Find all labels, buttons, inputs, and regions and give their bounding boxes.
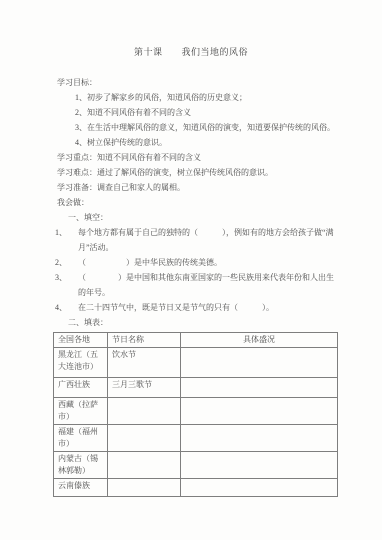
table-cell-festival bbox=[108, 425, 181, 452]
festival-table: 全国各地 节日名称 具体盛况 黑龙江（五大连池市） 饮水节 广西壮族 三月三歌节… bbox=[53, 332, 338, 497]
table-cell-details bbox=[181, 479, 338, 497]
table-cell-details bbox=[181, 452, 338, 479]
table-cell-festival bbox=[108, 452, 181, 479]
fill-table-heading: 二、填表： bbox=[68, 315, 352, 330]
worksheet-content: 第十课 我们当地的风俗 学习目标： 1、初步了解家乡的风俗，知道风俗的历史意义；… bbox=[0, 0, 382, 497]
table-cell-festival bbox=[108, 398, 181, 425]
i-can-do-label: 我会做： bbox=[57, 195, 352, 210]
fill-blank-item-1-number: 1、 bbox=[55, 225, 67, 240]
table-cell-festival: 饮水节 bbox=[108, 348, 181, 378]
page-title: 第十课 我们当地的风俗 bbox=[0, 46, 382, 58]
worksheet-page: 第十课 我们当地的风俗 学习目标： 1、初步了解家乡的风俗，知道风俗的历史意义；… bbox=[0, 0, 382, 540]
fill-blank-item-4: 4、 在二十四节气中，既是节日又是节气的只有（ ）。 bbox=[55, 300, 335, 315]
table-row: 西藏（拉萨市） bbox=[54, 398, 338, 425]
table-header-region: 全国各地 bbox=[54, 333, 108, 348]
table-row: 广西壮族 三月三歌节 bbox=[54, 378, 338, 398]
objective-item-1: 1、初步了解家乡的风俗，知道风俗的历史意义； bbox=[75, 90, 352, 105]
fill-blank-heading: 一、填空： bbox=[68, 210, 352, 225]
key-point: 学习重点：知道不同风俗有着不同的含义 bbox=[57, 150, 352, 165]
objective-item-2: 2、知道不同风俗有着不同的含义 bbox=[75, 105, 352, 120]
fill-blank-item-3: 3、 （ ）是中国和其他东南亚国家的一些民族用来代表年份和人出生的年号。 bbox=[55, 270, 335, 300]
table-cell-region: 黑龙江（五大连池市） bbox=[54, 348, 108, 378]
table-cell-details bbox=[181, 378, 338, 398]
table-cell-region: 广西壮族 bbox=[54, 378, 108, 398]
table-row: 云南傣族 bbox=[54, 479, 338, 497]
table-row: 黑龙江（五大连池市） 饮水节 bbox=[54, 348, 338, 378]
table-cell-details bbox=[181, 425, 338, 452]
table-cell-details bbox=[181, 348, 338, 378]
objective-item-3: 3、在生活中理解风俗的意义，知道风俗的演变，知道要保护传统的风俗。 bbox=[75, 120, 352, 135]
table-cell-festival: 三月三歌节 bbox=[108, 378, 181, 398]
table-header-festival-name: 节日名称 bbox=[108, 333, 181, 348]
fill-blank-item-3-text: （ ）是中国和其他东南亚国家的一些民族用来代表年份和人出生的年号。 bbox=[78, 273, 334, 297]
objectives-label: 学习目标： bbox=[57, 75, 352, 90]
table-row: 福建（福州市） bbox=[54, 425, 338, 452]
fill-blank-item-4-number: 4、 bbox=[55, 300, 67, 315]
table-cell-region: 福建（福州市） bbox=[54, 425, 108, 452]
fill-blank-item-2-text: （ ）是中华民族的传统美德。 bbox=[78, 258, 222, 267]
table-header-details: 具体盛况 bbox=[181, 333, 338, 348]
fill-blank-item-1: 1、 每个地方都有属于自己的独特的（ ），例如有的地方会给孩子做“满月”活动。 bbox=[55, 225, 335, 255]
fill-blank-item-2: 2、 （ ）是中华民族的传统美德。 bbox=[55, 255, 335, 270]
table-header-row: 全国各地 节日名称 具体盛况 bbox=[54, 333, 338, 348]
table-cell-region: 西藏（拉萨市） bbox=[54, 398, 108, 425]
table-cell-region: 云南傣族 bbox=[54, 479, 108, 497]
difficult-point: 学习难点：通过了解风俗的演变，树立保护传统风俗的意识。 bbox=[57, 165, 352, 180]
objective-item-4: 4、树立保护传统的意识。 bbox=[75, 135, 352, 150]
table-cell-festival bbox=[108, 479, 181, 497]
fill-blank-item-3-number: 3、 bbox=[55, 270, 67, 285]
table-cell-details bbox=[181, 398, 338, 425]
table-cell-region: 内蒙古（锡林郭勒） bbox=[54, 452, 108, 479]
preparation: 学习准备：调查自己和家人的属相。 bbox=[57, 180, 352, 195]
table-row: 内蒙古（锡林郭勒） bbox=[54, 452, 338, 479]
fill-blank-item-2-number: 2、 bbox=[55, 255, 67, 270]
fill-blank-item-1-text: 每个地方都有属于自己的独特的（ ），例如有的地方会给孩子做“满月”活动。 bbox=[78, 228, 334, 252]
fill-blank-item-4-text: 在二十四节气中，既是节日又是节气的只有（ ）。 bbox=[78, 303, 274, 312]
